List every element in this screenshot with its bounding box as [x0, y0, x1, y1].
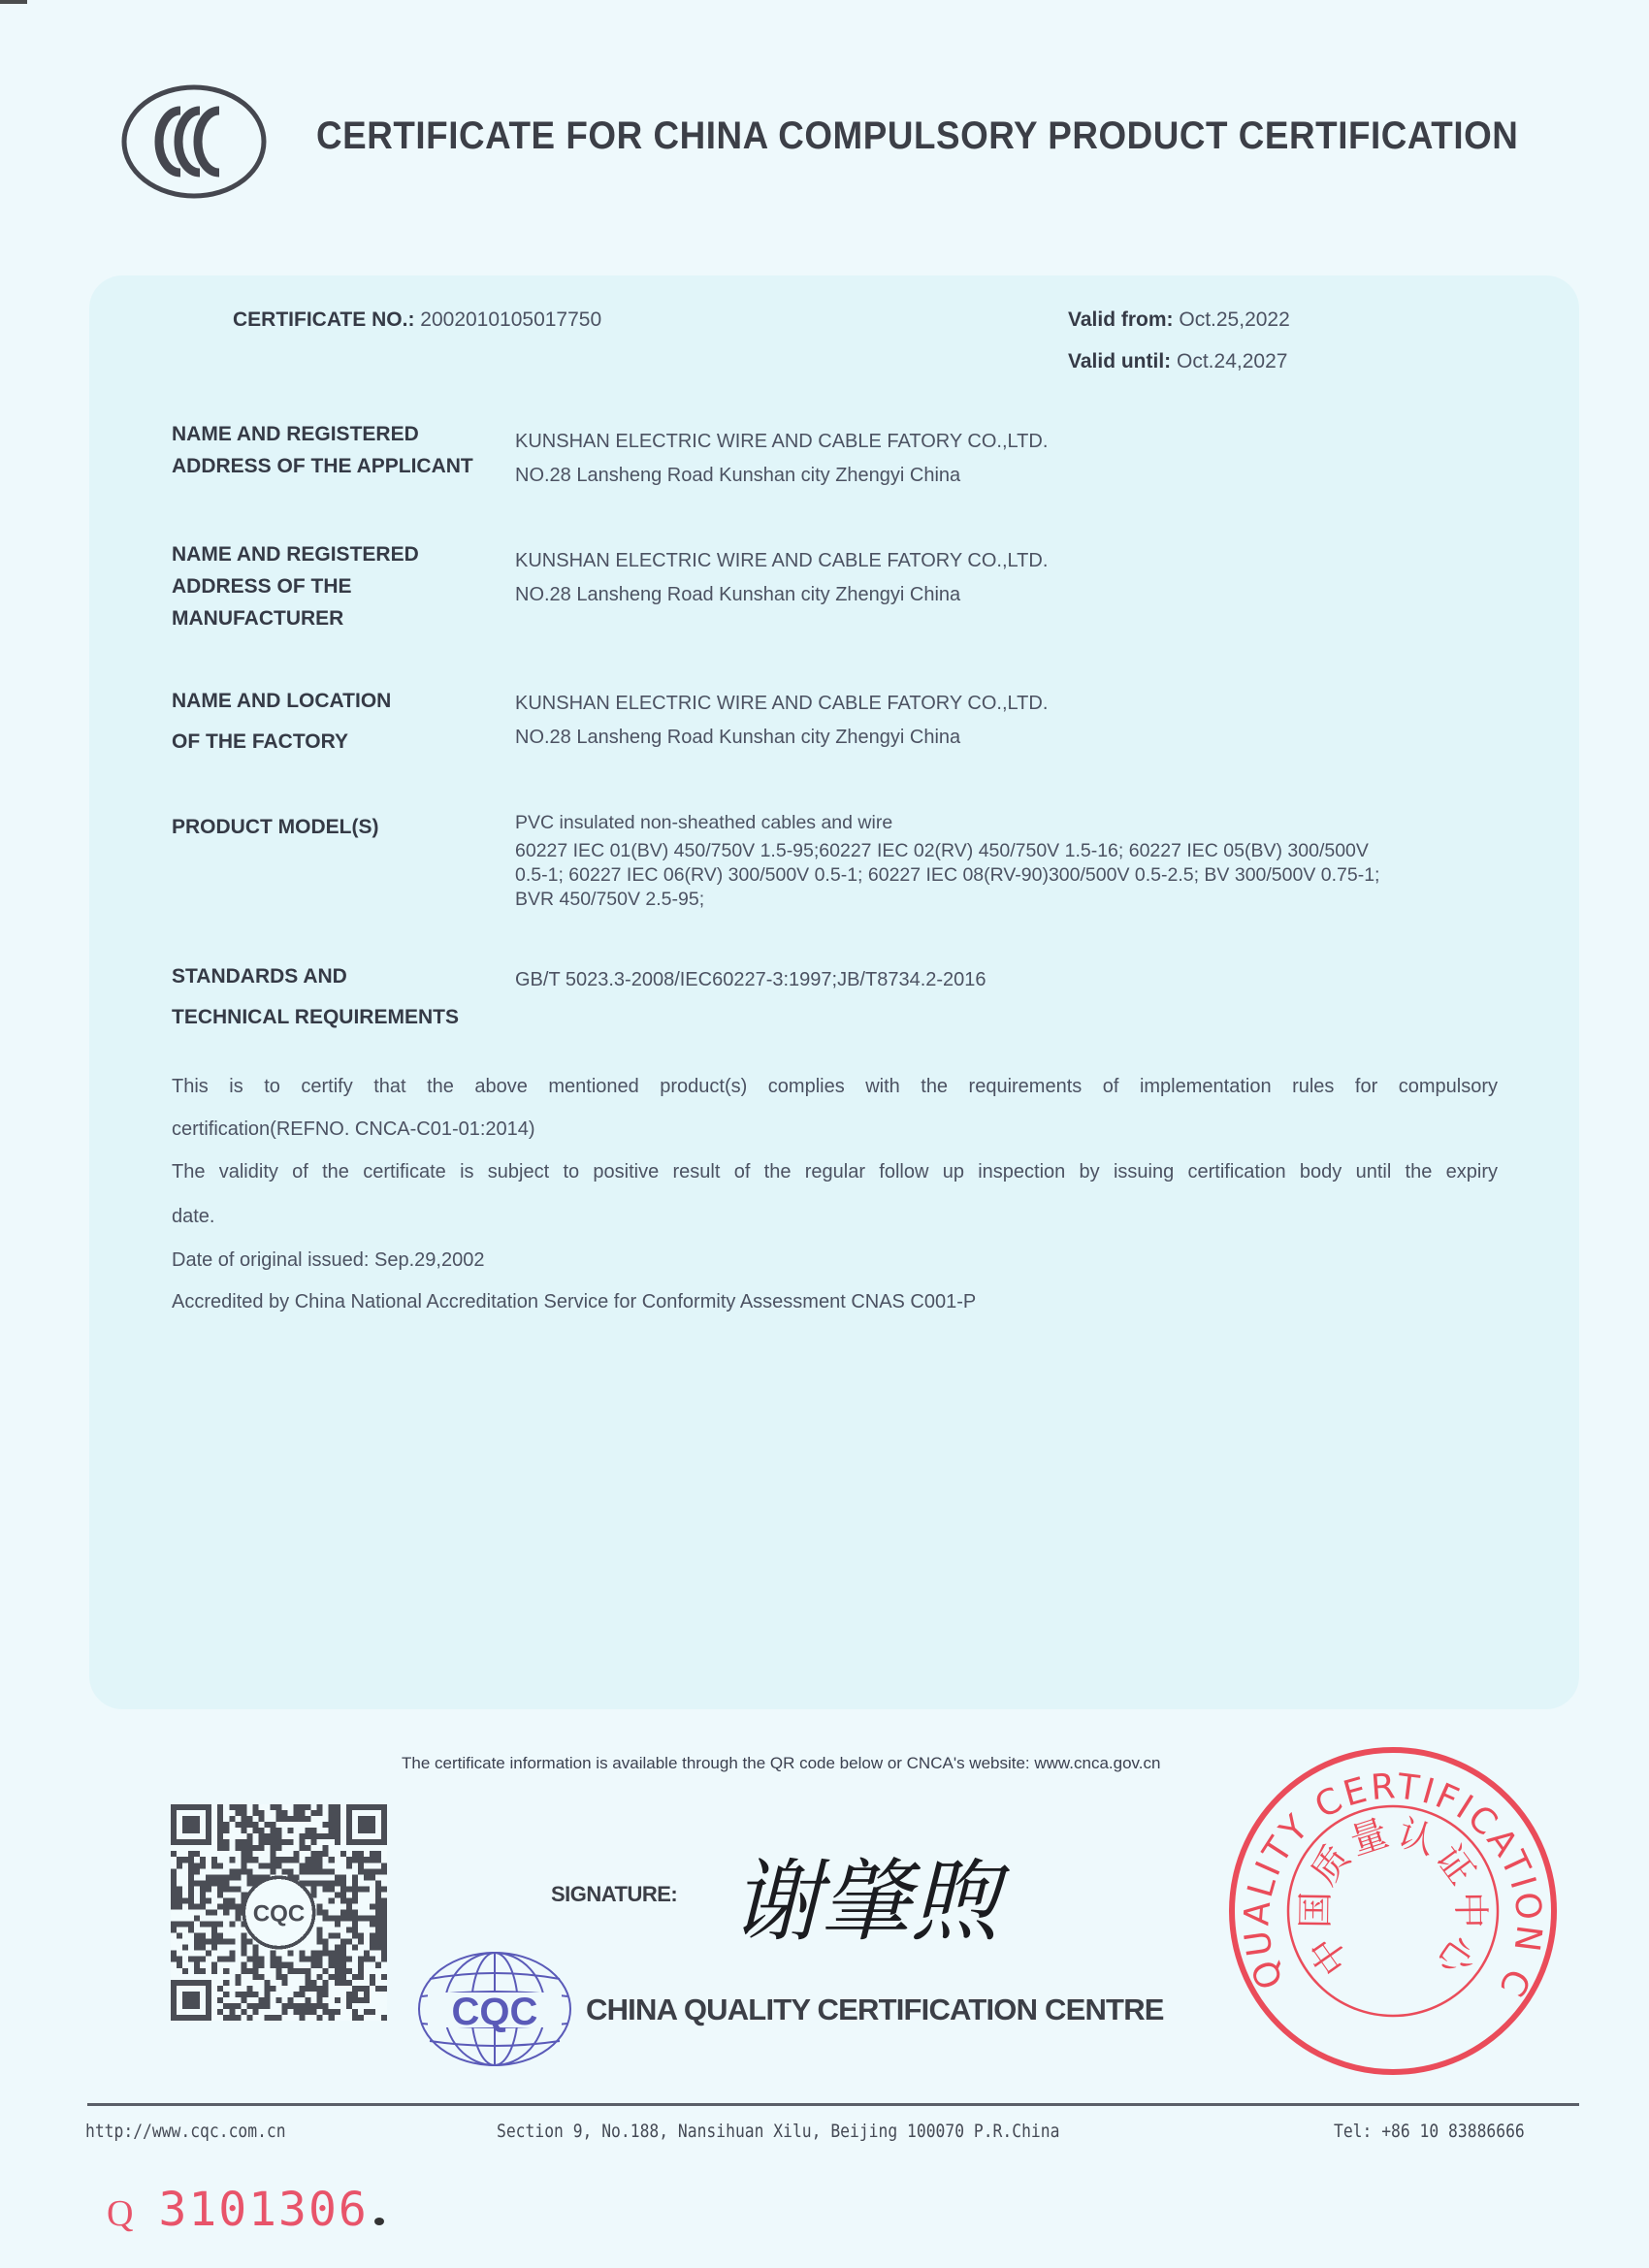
factory-label: NAME AND LOCATION OF THE FACTORY	[172, 681, 391, 762]
organization-name: CHINA QUALITY CERTIFICATION CENTRE	[586, 1993, 1164, 2027]
valid-until-label: Valid until:	[1068, 350, 1171, 373]
official-seal: CHINA QUALITY CERTIFICATION CENTRE 中国质量认…	[1218, 1736, 1568, 2086]
certificate-number-label: CERTIFICATE NO.:	[233, 308, 414, 331]
applicant-value: KUNSHAN ELECTRIC WIRE AND CABLE FATORY C…	[515, 425, 1048, 493]
svg-text:量: 量	[1345, 1811, 1394, 1863]
product-line: PVC insulated non-sheathed cables and wi…	[515, 811, 1379, 835]
valid-from: Valid from: Oct.25,2022	[1068, 308, 1290, 332]
svg-text:国: 国	[1294, 1892, 1337, 1929]
ink-dot	[374, 2218, 384, 2225]
validity-statement-line1: The validity of the certificate is subje…	[172, 1150, 1498, 1193]
svg-text:CHINA QUALITY CERTIFICATION CE: CHINA QUALITY CERTIFICATION CENTRE	[1218, 1736, 1549, 2005]
svg-text:中: 中	[1449, 1892, 1492, 1929]
svg-text:谢肇煦: 谢肇煦	[731, 1850, 1011, 1950]
product-line: 0.5-1; 60227 IEC 06(RV) 300/500V 0.5-1; …	[515, 863, 1379, 888]
cqc-logo-icon: CQC	[412, 1950, 577, 2068]
serial-number: Q3101306	[107, 2183, 384, 2237]
scan-edge-mark	[0, 0, 27, 4]
svg-text:CQC: CQC	[253, 1901, 306, 1928]
certificate-number: CERTIFICATE NO.: 2002010105017750	[233, 308, 601, 332]
factory-name: KUNSHAN ELECTRIC WIRE AND CABLE FATORY C…	[515, 687, 1048, 721]
svg-text:认: 认	[1393, 1811, 1441, 1863]
signature-label: SIGNATURE:	[551, 1882, 677, 1907]
certify-statement-line1: This is to certify that the above mentio…	[172, 1065, 1498, 1108]
product-line: 60227 IEC 01(BV) 450/750V 1.5-95;60227 I…	[515, 839, 1379, 863]
valid-until: Valid until: Oct.24,2027	[1068, 350, 1287, 373]
ccc-mark-icon	[120, 83, 268, 200]
product-models: PVC insulated non-sheathed cables and wi…	[515, 811, 1379, 912]
footer-website[interactable]: http://www.cqc.com.cn	[85, 2121, 286, 2142]
footer-divider	[87, 2103, 1579, 2106]
original-issue-date: Date of original issued: Sep.29,2002	[172, 1239, 1498, 1281]
footer-address: Section 9, No.188, Nansihuan Xilu, Beiji…	[497, 2121, 1059, 2142]
accreditation-statement: Accredited by China National Accreditati…	[172, 1280, 1498, 1323]
serial-prefix: Q	[107, 2193, 133, 2234]
footer-tel: Tel: +86 10 83886666	[1334, 2121, 1525, 2142]
manufacturer-address: NO.28 Lansheng Road Kunshan city Zhengyi…	[515, 578, 1048, 612]
manufacturer-name: KUNSHAN ELECTRIC WIRE AND CABLE FATORY C…	[515, 544, 1048, 578]
serial-value: 3101306	[158, 2183, 368, 2237]
applicant-address: NO.28 Lansheng Road Kunshan city Zhengyi…	[515, 459, 1048, 493]
certificate-title: CERTIFICATE FOR CHINA COMPULSORY PRODUCT…	[316, 114, 1518, 158]
product-line: BVR 450/750V 2.5-95;	[515, 888, 1379, 912]
valid-from-label: Valid from:	[1068, 308, 1174, 331]
signature: 谢肇煦	[726, 1843, 1036, 1950]
certify-statement-line2: certification(REFNO. CNCA-C01-01:2014)	[172, 1108, 1498, 1150]
standards-value: GB/T 5023.3-2008/IEC60227-3:1997;JB/T873…	[515, 963, 986, 997]
manufacturer-label: NAME AND REGISTERED ADDRESS OF THE MANUF…	[172, 538, 419, 634]
svg-text:CQC: CQC	[452, 1991, 538, 2033]
factory-value: KUNSHAN ELECTRIC WIRE AND CABLE FATORY C…	[515, 687, 1048, 755]
applicant-label: NAME AND REGISTERED ADDRESS OF THE APPLI…	[172, 418, 473, 482]
qr-code[interactable]: CQC	[171, 1804, 387, 2021]
standards-label: STANDARDS AND TECHNICAL REQUIREMENTS	[172, 956, 459, 1038]
valid-until-value: Oct.24,2027	[1177, 350, 1287, 373]
factory-address: NO.28 Lansheng Road Kunshan city Zhengyi…	[515, 721, 1048, 755]
product-label: PRODUCT MODEL(S)	[172, 811, 379, 843]
valid-from-value: Oct.25,2022	[1179, 308, 1289, 331]
manufacturer-value: KUNSHAN ELECTRIC WIRE AND CABLE FATORY C…	[515, 544, 1048, 612]
applicant-name: KUNSHAN ELECTRIC WIRE AND CABLE FATORY C…	[515, 425, 1048, 459]
qr-note: The certificate information is available…	[402, 1754, 1160, 1773]
validity-statement-line2: date.	[172, 1195, 1498, 1238]
certificate-number-value: 2002010105017750	[420, 308, 601, 331]
